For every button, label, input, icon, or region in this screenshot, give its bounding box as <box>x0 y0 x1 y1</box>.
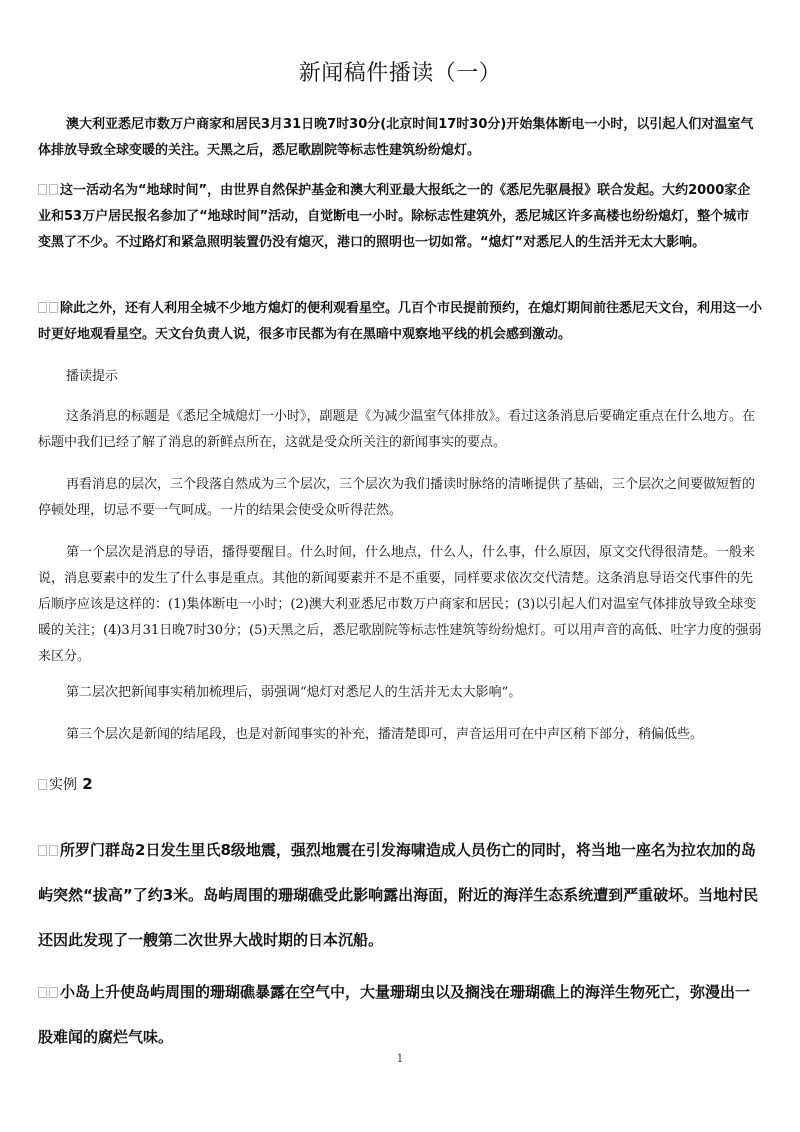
example-number: 2 <box>77 775 93 793</box>
news-paragraph-1: 澳大利亚悉尼市数万户商家和居民3月31日晚7时30分(北京时间17时30分)开始… <box>38 112 762 164</box>
commentary-paragraph-3: 第一个层次是消息的导语，播得要醒目。什么时间，什么地点，什么人，什么事，什么原因… <box>38 540 762 670</box>
missing-glyph-icon <box>38 779 47 790</box>
example-heading: 实例 2 <box>38 772 762 797</box>
example-paragraph-1-text: 所罗门群岛2日发生里氏8级地震，强烈地震在引发海啸造成人员伤亡的同时，将当地一座… <box>38 841 758 949</box>
missing-glyph-icon <box>38 184 47 195</box>
news-paragraph-2-text: 这一活动名为“地球时间”，由世界自然保护基金和澳大利亚最大报纸之一的《悉尼先驱晨… <box>38 183 750 250</box>
news-paragraph-2: 这一活动名为“地球时间”，由世界自然保护基金和澳大利亚最大报纸之一的《悉尼先驱晨… <box>38 178 762 256</box>
document-page: 新闻稿件播读（一） 澳大利亚悉尼市数万户商家和居民3月31日晚7时30分(北京时… <box>0 0 800 1132</box>
missing-glyph-icon <box>49 184 58 195</box>
commentary-paragraph-1: 这条消息的标题是《悉尼全城熄灯一小时》，副题是《为减少温室气体排放》。看过这条消… <box>38 404 762 456</box>
example-paragraph-2: 小岛上升使岛屿周围的珊瑚礁暴露在空气中，大量珊瑚虫以及搁浅在珊瑚礁上的海洋生物死… <box>38 970 762 1060</box>
missing-glyph-icon <box>49 845 58 856</box>
missing-glyph-icon <box>38 302 47 313</box>
commentary-paragraph-5: 第三个层次是新闻的结尾段，也是对新闻事实的补充，播清楚即可，声音运用可在中声区稍… <box>38 722 762 748</box>
example-label: 实例 <box>49 777 77 793</box>
example-paragraph-2-text: 小岛上升使岛屿周围的珊瑚礁暴露在空气中，大量珊瑚虫以及搁浅在珊瑚礁上的海洋生物死… <box>38 983 750 1046</box>
page-number: 1 <box>0 1052 800 1065</box>
missing-glyph-icon <box>38 845 47 856</box>
missing-glyph-icon <box>49 302 58 313</box>
commentary-paragraph-4: 第二层次把新闻事实稍加梳理后，弱强调“熄灯对悉尼人的生活并无太大影响”。 <box>38 680 762 706</box>
news-paragraph-3: 除此之外，还有人利用全城不少地方熄灯的便利观看星空。几百个市民提前预约，在熄灯期… <box>38 296 762 348</box>
hint-heading: 播读提示 <box>38 364 762 390</box>
commentary-paragraph-2: 再看消息的层次，三个段落自然成为三个层次，三个层次为我们播读时脉络的清晰提供了基… <box>38 472 762 524</box>
example-paragraph-1: 所罗门群岛2日发生里氏8级地震，强烈地震在引发海啸造成人员伤亡的同时，将当地一座… <box>38 828 762 963</box>
news-paragraph-3-text: 除此之外，还有人利用全城不少地方熄灯的便利观看星空。几百个市民提前预约，在熄灯期… <box>38 301 762 342</box>
example-number-text: 2 <box>82 775 92 793</box>
missing-glyph-icon <box>49 987 58 998</box>
document-title: 新闻稿件播读（一） <box>0 56 800 87</box>
missing-glyph-icon <box>38 987 47 998</box>
